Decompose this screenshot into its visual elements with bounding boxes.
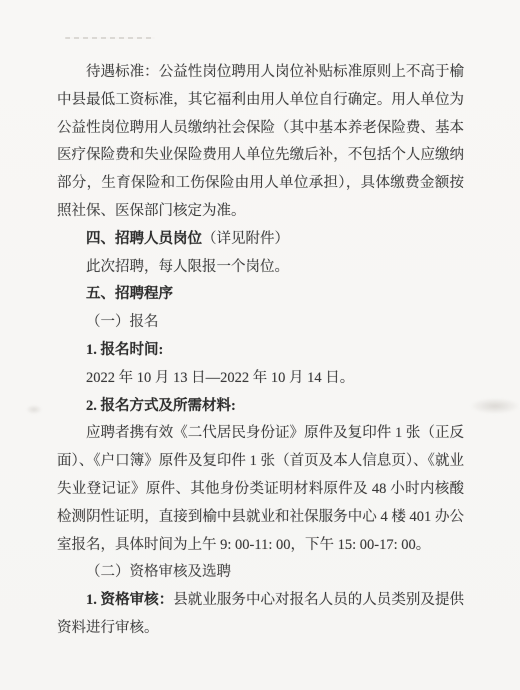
paragraph-qualification-review: 1. 资格审核：县就业服务中心对报名人员的人员类别及提供资料进行审核。	[57, 587, 464, 643]
scan-artifact-line	[65, 37, 155, 39]
document-page: 待遇标准：公益性岗位聘用人岗位补贴标准原则上不高于榆中县最低工资标准，其它福利由…	[0, 0, 520, 690]
scan-artifact-smudge-left	[26, 405, 42, 414]
subheading-qualification-review: （二）资格审核及选聘	[57, 559, 464, 587]
heading-section-five: 五、招聘程序	[57, 281, 464, 309]
heading-section-four-note: （详见附件）	[202, 231, 289, 247]
heading-section-four: 四、招聘人员岗位（详见附件）	[57, 226, 464, 254]
heading-section-four-title: 四、招聘人员岗位	[86, 231, 202, 247]
paragraph-registration-dates: 2022 年 10 月 13 日—2022 年 10 月 14 日。	[57, 365, 464, 393]
document-body: 待遇标准：公益性岗位聘用人岗位补贴标准原则上不高于榆中县最低工资标准，其它福利由…	[57, 59, 464, 643]
scan-artifact-smudge-right	[470, 398, 520, 414]
subheading-registration: （一）报名	[57, 309, 464, 337]
subheading-registration-time: 1. 报名时间:	[57, 337, 464, 365]
paragraph-treatment-standard: 待遇标准：公益性岗位聘用人岗位补贴标准原则上不高于榆中县最低工资标准，其它福利由…	[57, 59, 464, 226]
subheading-registration-method: 2. 报名方式及所需材料:	[57, 393, 464, 421]
paragraph-apply-limit: 此次招聘，每人限报一个岗位。	[57, 254, 464, 282]
qualification-review-label: 1. 资格审核：	[86, 592, 173, 608]
paragraph-required-materials: 应聘者携有效《二代居民身份证》原件及复印件 1 张（正反面）、《户口簿》原件及复…	[57, 420, 464, 559]
